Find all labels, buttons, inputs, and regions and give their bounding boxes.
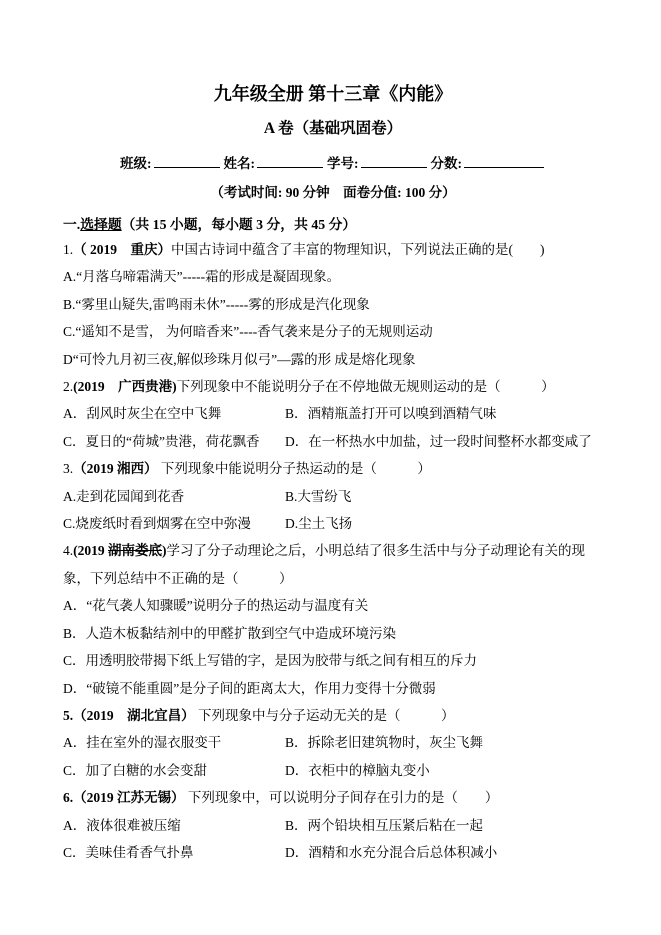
option-item: A．挂在室外的湿衣服变干 — [63, 729, 285, 756]
option-item: B.“雾里山疑失,雷鸣雨未休”-----雾的形成是汽化现象 — [63, 291, 603, 318]
question-number: 1. — [63, 242, 73, 257]
option-item: D．在一杯热水中加盐，过一段时间整杯水都变咸了 — [285, 428, 603, 455]
option-item: A.走到花园闻到花香 — [63, 483, 285, 510]
question-stem: 下列现象中能说明分子热运动的是（ ） — [158, 461, 431, 476]
field-score: 分数: — [431, 156, 547, 171]
option-item: C.烧废纸时看到烟雾在空中弥漫 — [63, 510, 285, 537]
document-page: 九年级全册 第十三章《内能》 A 卷（基础巩固卷） 班级:姓名:学号:分数: （… — [0, 0, 661, 935]
question-number: 5. — [63, 708, 73, 723]
question-2-stem-line: 2.(2019 广西贵港)下列现象中不能说明分子在不停地做无规则运动的是（ ） — [63, 373, 603, 400]
field-student-id: 学号: — [327, 156, 429, 171]
question-3-stem-line: 3.（2019 湘西） 下列现象中能说明分子热运动的是（ ） — [63, 455, 603, 482]
question-6-stem-line: 6.（2019 江苏无锡） 下列现象中，可以说明分子间存在引力的是（ ） — [63, 784, 603, 811]
question-source: （2019 湘西） — [73, 461, 157, 476]
question-block-3: 3.（2019 湘西） 下列现象中能说明分子热运动的是（ ） A.走到花园闻到花… — [63, 455, 603, 537]
question-6-options: A．液体很难被压缩 B．两个铅块相互压紧后粘在一起 C．美味佳肴香气扑鼻 D．酒… — [63, 812, 603, 867]
option-item: A．刮风时灰尘在空中飞舞 — [63, 400, 285, 427]
question-block-4: 4.(2019 湖南娄底)学习了分子动理论之后，小明总结了很多生活中与分子动理论… — [63, 537, 603, 701]
blank-line-name — [257, 154, 323, 168]
question-block-5: 5.（2019 湖北宜昌） 下列现象中与分子运动无关的是（ ） A．挂在室外的湿… — [63, 702, 603, 784]
question-stem: 中国古诗词中蕴含了丰富的物理知识，下列说法正确的是( ) — [171, 242, 545, 257]
option-item: A.“月落乌啼霜满天”-----霜的形成是凝固现象。 — [63, 263, 603, 290]
field-label-score: 分数: — [431, 156, 463, 171]
question-3-options: A.走到花园闻到花香 B.大雪纷飞 C.烧废纸时看到烟雾在空中弥漫 D.尘土飞扬 — [63, 483, 603, 538]
option-item: B．拆除老旧建筑物时，灰尘飞舞 — [285, 729, 603, 756]
question-number: 4. — [63, 543, 73, 558]
question-4-stem-line: 4.(2019 湖南娄底)学习了分子动理论之后，小明总结了很多生活中与分子动理论… — [63, 537, 603, 592]
question-number: 3. — [63, 461, 73, 476]
option-item: B.大雪纷飞 — [285, 483, 603, 510]
question-number: 2. — [63, 379, 73, 394]
option-item: B．两个铅块相互压紧后粘在一起 — [285, 812, 603, 839]
section-prefix: 一. — [63, 217, 80, 232]
question-source: （2019 湖北宜昌） — [73, 708, 195, 723]
exam-info: （考试时间: 90 分钟 面卷分值: 100 分） — [63, 183, 603, 203]
field-label-class: 班级: — [120, 156, 152, 171]
question-1-options: A.“月落乌啼霜满天”-----霜的形成是凝固现象。 B.“雾里山疑失,雷鸣雨未… — [63, 263, 603, 373]
option-item: C．美味佳肴香气扑鼻 — [63, 839, 285, 866]
blank-line-class — [154, 154, 220, 168]
page-subtitle: A 卷（基础巩固卷） — [63, 118, 603, 139]
page-title: 九年级全册 第十三章《内能》 — [63, 82, 603, 106]
option-item: D“可怜九月初三夜,解似珍珠月似弓”—露的形 成是熔化现象 — [63, 346, 603, 373]
option-item: C.“遥知不是雪， 为何暗香来”----香气袭来是分子的无规则运动 — [63, 318, 603, 345]
question-1-stem-line: 1.（ 2019 重庆）中国古诗词中蕴含了丰富的物理知识，下列说法正确的是( ) — [63, 236, 603, 263]
option-item: A．液体很难被压缩 — [63, 812, 285, 839]
option-item: D.尘土飞扬 — [285, 510, 603, 537]
question-source: （2019 江苏无锡） — [73, 790, 184, 805]
question-4-options: A．“花气袭人知骤暖”说明分子的热运动与温度有关 B．人造木板黏结剂中的甲醛扩散… — [63, 592, 603, 702]
question-stem: 下列现象中与分子运动无关的是（ ） — [195, 708, 455, 723]
question-source: (2019 — [73, 543, 108, 558]
field-label-student-id: 学号: — [327, 156, 359, 171]
question-2-options: A．刮风时灰尘在空中飞舞 B．酒精瓶盖打开可以嗅到酒精气味 C．夏日的“荷城”贵… — [63, 400, 603, 455]
question-source: (2019 广西贵港) — [73, 379, 177, 394]
question-block-6: 6.（2019 江苏无锡） 下列现象中，可以说明分子间存在引力的是（ ） A．液… — [63, 784, 603, 866]
section-heading: 一.选择题（共 15 小题，每小题 3 分，共 45 分） — [63, 214, 603, 236]
question-number: 6. — [63, 790, 73, 805]
option-item: D．酒精和水充分混合后总体积减小 — [285, 839, 603, 866]
option-item: B．酒精瓶盖打开可以嗅到酒精气味 — [285, 400, 603, 427]
question-5-options: A．挂在室外的湿衣服变干 B．拆除老旧建筑物时，灰尘飞舞 C．加了白糖的水会变甜… — [63, 729, 603, 784]
field-class: 班级: — [120, 156, 222, 171]
option-item: C．夏日的“荷城”贵港，荷花飘香 — [63, 428, 285, 455]
section-name: 选择题 — [80, 217, 121, 232]
option-item: D．“破镜不能重圆”是分子间的距离太大，作用力变得十分微弱 — [63, 675, 603, 702]
field-label-name: 姓名: — [224, 156, 256, 171]
option-item: C．加了白糖的水会变甜 — [63, 757, 285, 784]
student-info-row: 班级:姓名:学号:分数: — [63, 154, 603, 174]
question-source: （ 2019 重庆） — [73, 242, 171, 257]
question-stem: 下列现象中不能说明分子在不停地做无规则运动的是（ ） — [177, 379, 555, 394]
option-item: C．用透明胶带揭下纸上写错的字，是因为胶带与纸之间有相互的斥力 — [63, 647, 603, 674]
option-item: D．衣柜中的樟脑丸变小 — [285, 757, 603, 784]
question-source-strikethrough: 湖南娄底 — [108, 543, 162, 558]
question-stem: 下列现象中，可以说明分子间存在引力的是（ ） — [185, 790, 499, 805]
blank-line-student-id — [361, 154, 427, 168]
section-detail: （共 15 小题，每小题 3 分，共 45 分） — [122, 217, 357, 232]
field-name: 姓名: — [224, 156, 326, 171]
question-5-stem-line: 5.（2019 湖北宜昌） 下列现象中与分子运动无关的是（ ） — [63, 702, 603, 729]
option-item: A．“花气袭人知骤暖”说明分子的热运动与温度有关 — [63, 592, 603, 619]
question-block-1: 1.（ 2019 重庆）中国古诗词中蕴含了丰富的物理知识，下列说法正确的是( )… — [63, 236, 603, 373]
blank-line-score — [464, 154, 544, 168]
option-item: B．人造木板黏结剂中的甲醛扩散到空气中造成环境污染 — [63, 620, 603, 647]
question-block-2: 2.(2019 广西贵港)下列现象中不能说明分子在不停地做无规则运动的是（ ） … — [63, 373, 603, 455]
